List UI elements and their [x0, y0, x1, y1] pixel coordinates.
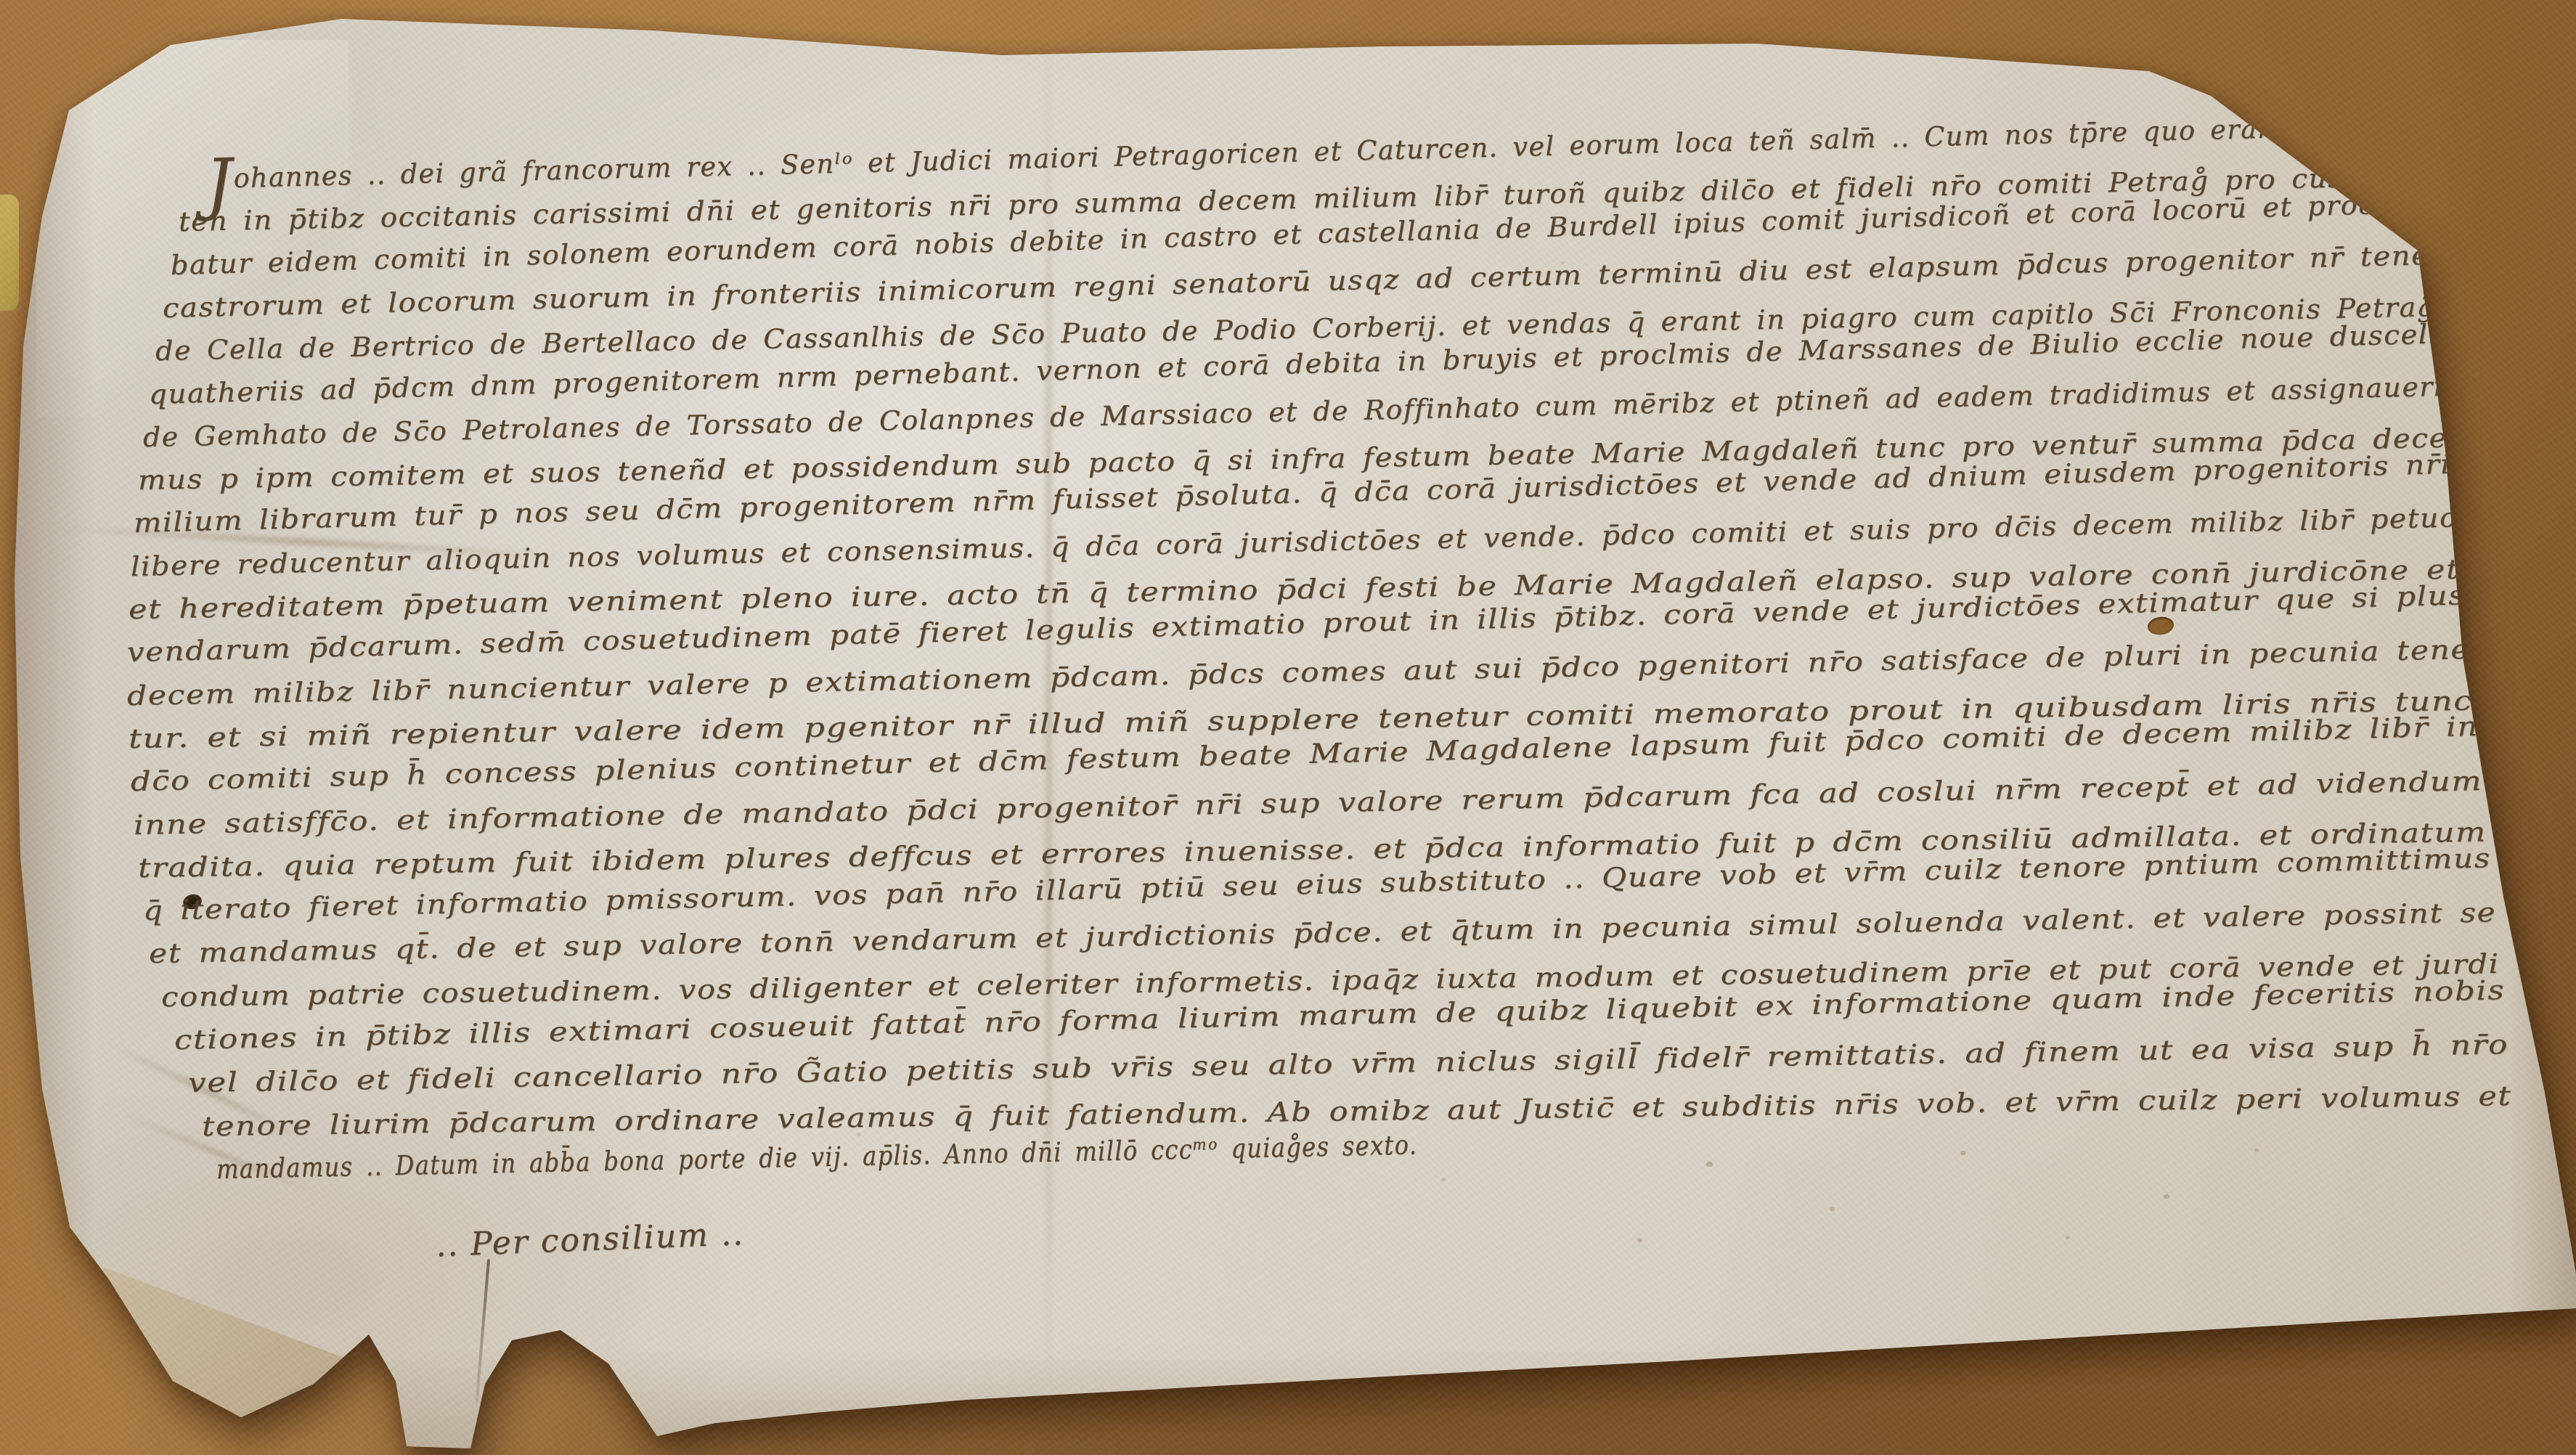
- photo-of-medieval-charter: Johannes .. dei grã francorum rex .. Sen…: [0, 0, 2576, 1455]
- charter-text: Johannes .. dei grã francorum rex .. Sen…: [0, 0, 2576, 1455]
- parchment-sheet: Johannes .. dei grã francorum rex .. Sen…: [0, 0, 2576, 1455]
- parchment-shadow-wrap: Johannes .. dei grã francorum rex .. Sen…: [0, 0, 2576, 1455]
